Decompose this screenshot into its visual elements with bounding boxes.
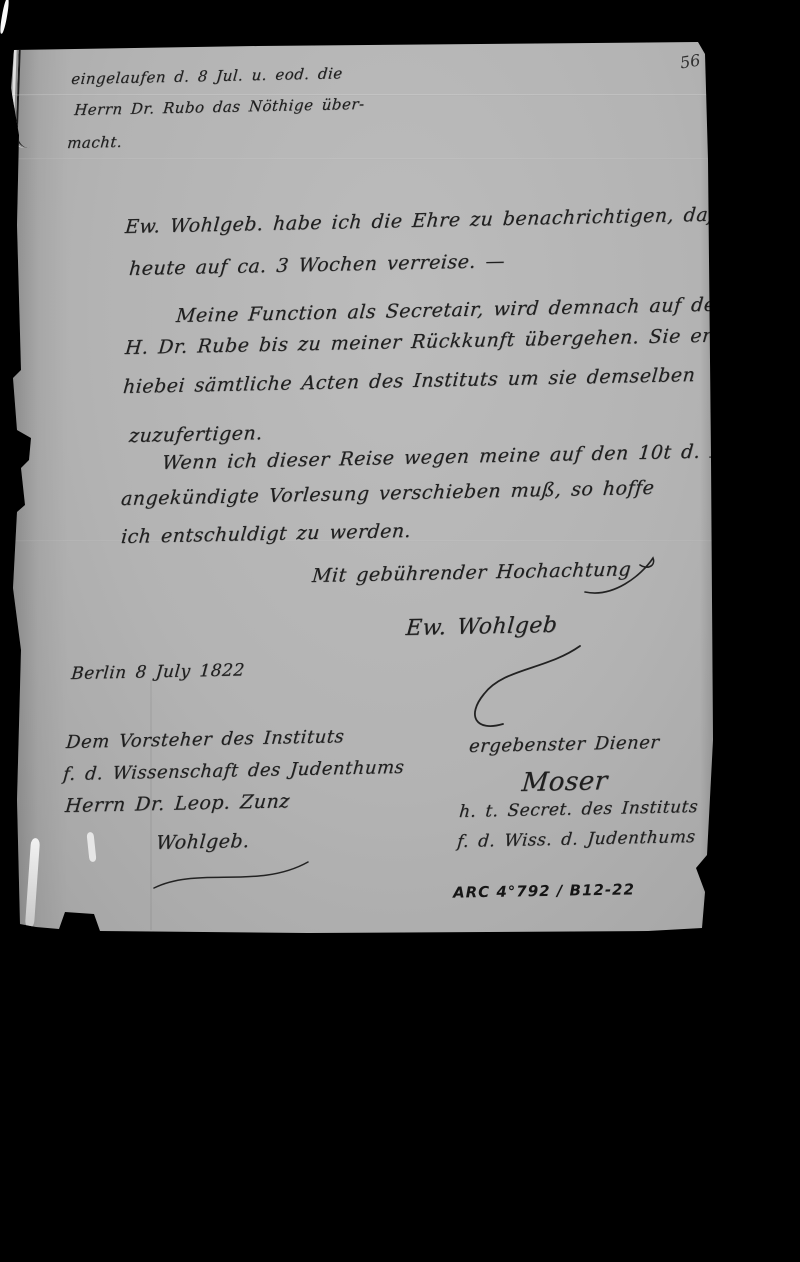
date-line: Berlin 8 July 1822 bbox=[70, 660, 245, 684]
annotation-line: macht. bbox=[66, 133, 123, 152]
letter-body-line: heute auf ca. 3 Wochen verreise. — bbox=[128, 250, 506, 280]
archive-reference: ARC 4°792 / B12-22 bbox=[453, 880, 635, 901]
signature-name: Moser bbox=[520, 766, 608, 798]
address-line: f. d. Wissenschaft des Judenthums bbox=[62, 757, 405, 785]
salutation-line: Ew. Wohlgeb bbox=[405, 613, 559, 641]
address-line: Wohlgeb. bbox=[155, 830, 250, 854]
paper-tear bbox=[86, 832, 96, 863]
letter-body-line: H. Dr. Rube bis zu meiner Rückkunft über… bbox=[124, 323, 776, 359]
signature-paraph bbox=[448, 640, 593, 740]
pen-flourish bbox=[583, 552, 663, 600]
document-page: 56 eingelaufen d. 8 Jul. u. eod. die Her… bbox=[8, 40, 714, 935]
letter-body-line: zuzufertigen. bbox=[128, 422, 264, 447]
signature-line: f. d. Wiss. d. Judenthums bbox=[456, 827, 696, 852]
signature-line: h. t. Secret. des Instituts bbox=[458, 797, 699, 822]
annotation-line: Herrn Dr. Rubo das Nöthige über- bbox=[73, 95, 365, 119]
address-line: Dem Vorsteher des Instituts bbox=[65, 726, 345, 753]
letter-body-line: Meine Function als Secretair, wird demna… bbox=[175, 293, 729, 327]
letter-body-line: Wenn ich dieser Reise wegen meine auf de… bbox=[161, 440, 737, 474]
letter-body-line: ich entschuldigt zu werden. bbox=[120, 520, 412, 548]
page-number: 56 bbox=[679, 51, 702, 73]
letter-body-line: Ew. Wohlgeb. habe ich die Ehre zu benach… bbox=[124, 203, 762, 238]
signature-line: ergebenster Diener bbox=[468, 732, 660, 757]
letter-body-line: hiebei sämtliche Acten des Instituts um … bbox=[122, 364, 696, 398]
crease-line bbox=[8, 158, 714, 160]
pen-flourish bbox=[148, 858, 318, 894]
letter-body-line: angekündigte Vorlesung verschieben muß, … bbox=[120, 477, 655, 510]
address-line: Herrn Dr. Leop. Zunz bbox=[64, 790, 291, 817]
paper-tear bbox=[25, 838, 40, 928]
annotation-line: eingelaufen d. 8 Jul. u. eod. die bbox=[70, 64, 343, 88]
